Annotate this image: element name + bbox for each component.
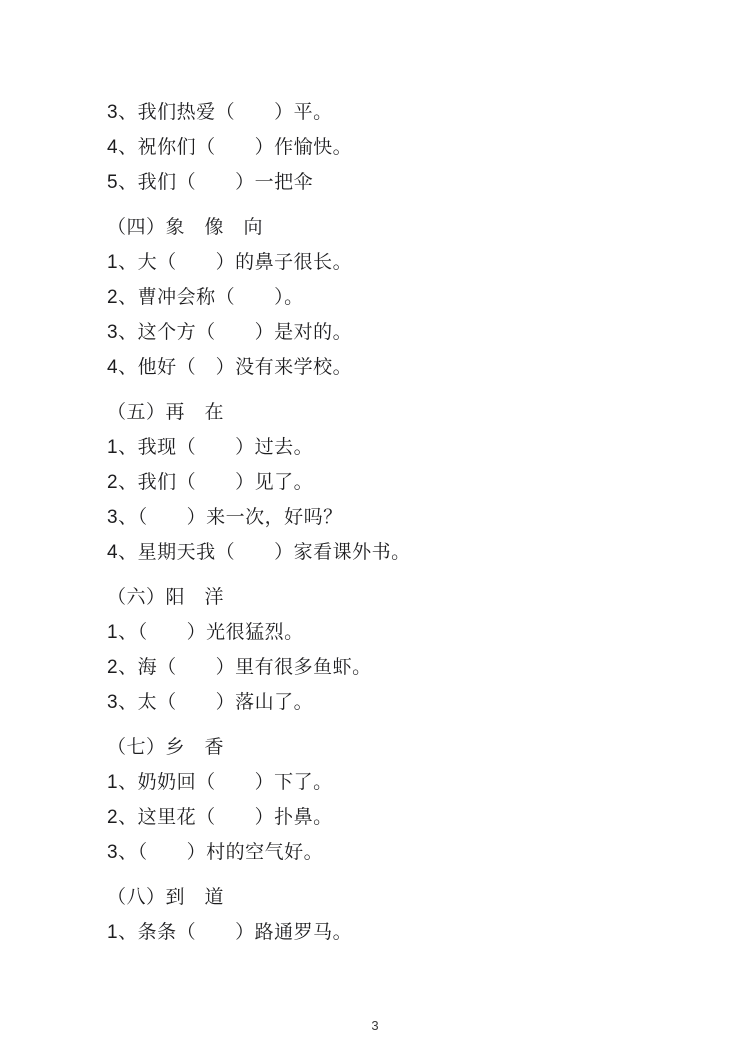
section-six: （六）阳 洋 1、（ ）光很猛烈。 2、海（ ）里有很多鱼虾。 3、太（ ）落山… <box>107 580 710 720</box>
exercise-line: 2、曹冲会称（ ）。 <box>107 280 710 315</box>
section-header: （八）到 道 <box>107 880 710 915</box>
exercise-line: 1、大（ ）的鼻子很长。 <box>107 245 710 280</box>
section-eight: （八）到 道 1、条条（ ）路通罗马。 <box>107 880 710 950</box>
exercise-line: 2、海（ ）里有很多鱼虾。 <box>107 650 710 685</box>
exercise-line: 3、（ ）村的空气好。 <box>107 835 710 870</box>
section-header: （四）象 像 向 <box>107 210 710 245</box>
page-number: 3 <box>0 1018 750 1033</box>
section-seven: （七）乡 香 1、奶奶回（ ）下了。 2、这里花（ ）扑鼻。 3、（ ）村的空气… <box>107 730 710 870</box>
exercise-line: 3、太（ ）落山了。 <box>107 685 710 720</box>
exercise-line: 4、他好（ ）没有来学校。 <box>107 350 710 385</box>
section-header: （五）再 在 <box>107 395 710 430</box>
exercise-line: 1、奶奶回（ ）下了。 <box>107 765 710 800</box>
exercise-line: 3、我们热爱（ ）平。 <box>107 95 710 130</box>
section-header: （七）乡 香 <box>107 730 710 765</box>
exercise-line: 2、我们（ ）见了。 <box>107 465 710 500</box>
exercise-line: 4、星期天我（ ）家看课外书。 <box>107 535 710 570</box>
exercise-line: 1、条条（ ）路通罗马。 <box>107 915 710 950</box>
exercise-line: 3、这个方（ ）是对的。 <box>107 315 710 350</box>
intro-block: 3、我们热爱（ ）平。 4、祝你们（ ）作愉快。 5、我们（ ）一把伞 <box>107 95 710 200</box>
worksheet-content: 3、我们热爱（ ）平。 4、祝你们（ ）作愉快。 5、我们（ ）一把伞 （四）象… <box>107 95 710 950</box>
section-header: （六）阳 洋 <box>107 580 710 615</box>
exercise-line: 1、（ ）光很猛烈。 <box>107 615 710 650</box>
section-five: （五）再 在 1、我现（ ）过去。 2、我们（ ）见了。 3、（ ）来一次，好吗… <box>107 395 710 570</box>
exercise-line: 2、这里花（ ）扑鼻。 <box>107 800 710 835</box>
section-four: （四）象 像 向 1、大（ ）的鼻子很长。 2、曹冲会称（ ）。 3、这个方（ … <box>107 210 710 385</box>
exercise-line: 1、我现（ ）过去。 <box>107 430 710 465</box>
exercise-line: 5、我们（ ）一把伞 <box>107 165 710 200</box>
exercise-line: 3、（ ）来一次，好吗？ <box>107 500 710 535</box>
document-page: 3、我们热爱（ ）平。 4、祝你们（ ）作愉快。 5、我们（ ）一把伞 （四）象… <box>0 0 750 1061</box>
exercise-line: 4、祝你们（ ）作愉快。 <box>107 130 710 165</box>
